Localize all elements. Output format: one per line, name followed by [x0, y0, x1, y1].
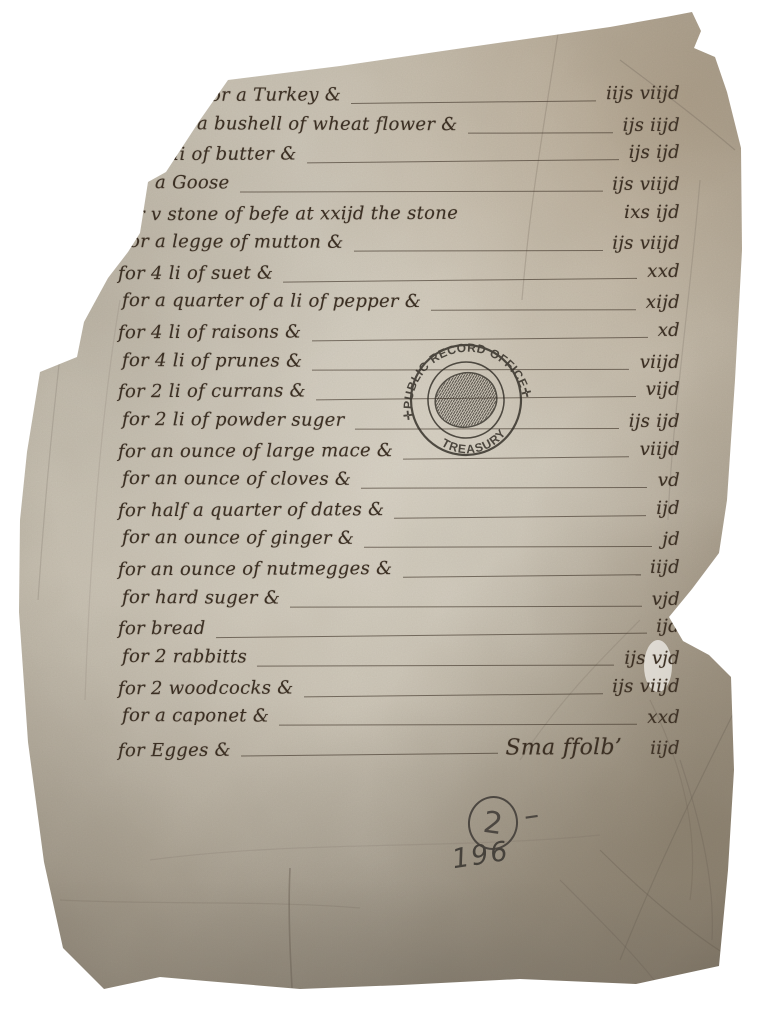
photographed-document: Inprimis for a Turkey & iijs viijd for h… [0, 0, 777, 1024]
edge-shading [0, 0, 777, 1024]
parchment-sheet: Inprimis for a Turkey & iijs viijd for h… [0, 0, 777, 1024]
